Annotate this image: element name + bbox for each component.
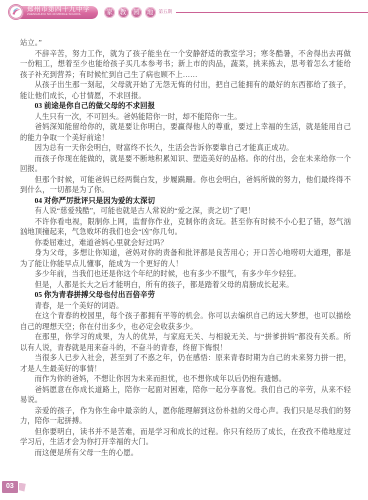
paragraph: 多少年前，当我们也还是你这个年纪的时候，也有多少不服气，有多少年少轻狂。 [20,269,351,280]
paragraph: 站立。” [20,38,351,49]
section-heading: 04 对你严厉批评只是因为爱的太深切 [20,196,351,207]
issue-label: 第五期 [159,9,173,15]
paragraph: 青春，是一个美好的词语。 [20,301,351,312]
section-heading: 03 前途是你自己的做父母的不求回报 [20,101,351,112]
paragraph: 但是，人都是长大之后才能明白，所有的孩子，都是踏着父母的肩膀成长起来。 [20,280,351,291]
school-name-ribbon: 郑州市第四十九中学 ZHENGZHOU NO.49 MIDDLE SCHOOL [15,6,98,19]
paragraph: 你委屈难过，难道爸妈心里就会好过吗？ [20,238,351,249]
paragraph: 在那里，你学习的成果，为人的优异，与家庭无关、与相貌无关、与“拼爹拼妈”都没有关… [20,332,351,353]
header-badge: 园 [131,7,142,18]
paragraph: 爸妈愿意在你成长道路上，陪你一起面对困难，陪你一起分享喜悦。我们自己的辛劳，从来… [20,385,351,406]
paragraph: 人生只有一次，不可回头。爸妈能陪你一时，却不能陪你一生。 [20,112,351,123]
paragraph: 当很多人已步入社会，甚至到了不惑之年，仍在感悟：原来青春时期为自己的未来努力拼一… [20,353,351,374]
paragraph: 身为父母，多想让你知道，爸妈对你的责备和批评都是良苦用心；开口苦心地唠叨大道理，… [20,248,351,269]
header-badges: 家 教 园 地 [104,7,156,18]
paragraph: 爸妈深知能留给你的，就是要让你明白，要赢得他人的尊重，要过上幸福的生活，就是能用… [20,122,351,143]
page-header: 郑州市第四十九中学 ZHENGZHOU NO.49 MIDDLE SCHOOL … [8,3,368,21]
paragraph: 在这个青春的校园里，每个孩子都拥有平等的机会。你可以去编织自己的远大梦想，也可以… [20,311,351,332]
paragraph: 但你要明白，读书并不是苦难，而是学习和成长的过程。你只有经历了成长，在孜孜不倦地… [20,427,351,448]
page-number-badge: 03 [2,481,26,493]
paragraph: 而这便是所有父母一生的心愿。 [20,448,351,459]
page-number: 03 [2,481,18,493]
paragraph: 有人说“慈爱残酷”，可能也就是古人常说的“爱之深，责之切”了吧！ [20,206,351,217]
document-page: 郑州市第四十九中学 ZHENGZHOU NO.49 MIDDLE SCHOOL … [0,0,368,500]
paragraph: 不许你看电视，限制你上网，监督你作业，克制你的贪玩。甚至你有时候不小心犯了错，怒… [20,217,351,238]
section-heading: 05 你为青春拼搏父母也付出百倍辛劳 [20,290,351,301]
paragraph: 但那个时候，可能爸妈已经两鬓白发，步履蹒跚。你也会明白，爸妈所做的努力，他们最终… [20,175,351,196]
paragraph: 而孩子你现在能做的，就是要不断地积累知识、塑造美好的品格。你的付出，会在未来给你… [20,154,351,175]
header-badge: 教 [118,7,129,18]
content: 站立。”不辞辛苦，努力工作，就为了孩子能坐在一个安静舒适的教室学习；寒冬酷暑，不… [20,38,351,458]
paragraph: 因为总有一天你会明白，财富终不长久，生活会告诉你要靠自己才能真正成功。 [20,143,351,154]
header-rule [176,12,368,13]
school-logo-icon [8,4,24,20]
header-badge: 家 [104,7,115,18]
paragraph: 亲爱的孩子，作为你生命中最亲的人，愿你能理解到这份朴拙的父母心声。我们只是尽我们… [20,406,351,427]
school-name-en: ZHENGZHOU NO.49 MIDDLE SCHOOL [27,13,90,17]
header-badge: 地 [145,7,156,18]
page-number-tab-icon [19,483,26,492]
paragraph: 不辞辛苦，努力工作，就为了孩子能坐在一个安静舒适的教室学习；寒冬酷暑，不舍得出去… [20,49,351,81]
paragraph: 而作为你的爸妈，不想让你因为未来而担忧，也不想你成年以后仍抱有遗憾。 [20,374,351,385]
paragraph: 从孩子出生那一刻起，父母就开始了无怨无悔的付出，把自己能拥有的最好的东西都给了孩… [20,80,351,101]
